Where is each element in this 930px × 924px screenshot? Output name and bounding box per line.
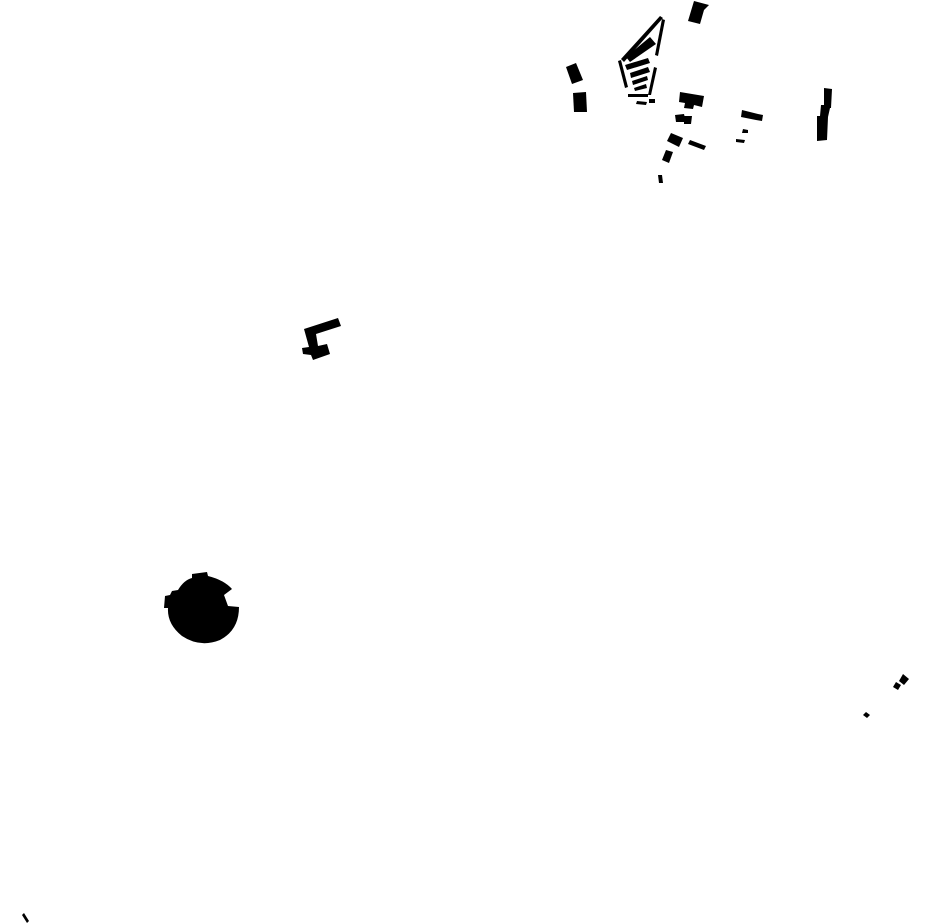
- map-background: [0, 0, 930, 924]
- figure-ground-map: [0, 0, 930, 924]
